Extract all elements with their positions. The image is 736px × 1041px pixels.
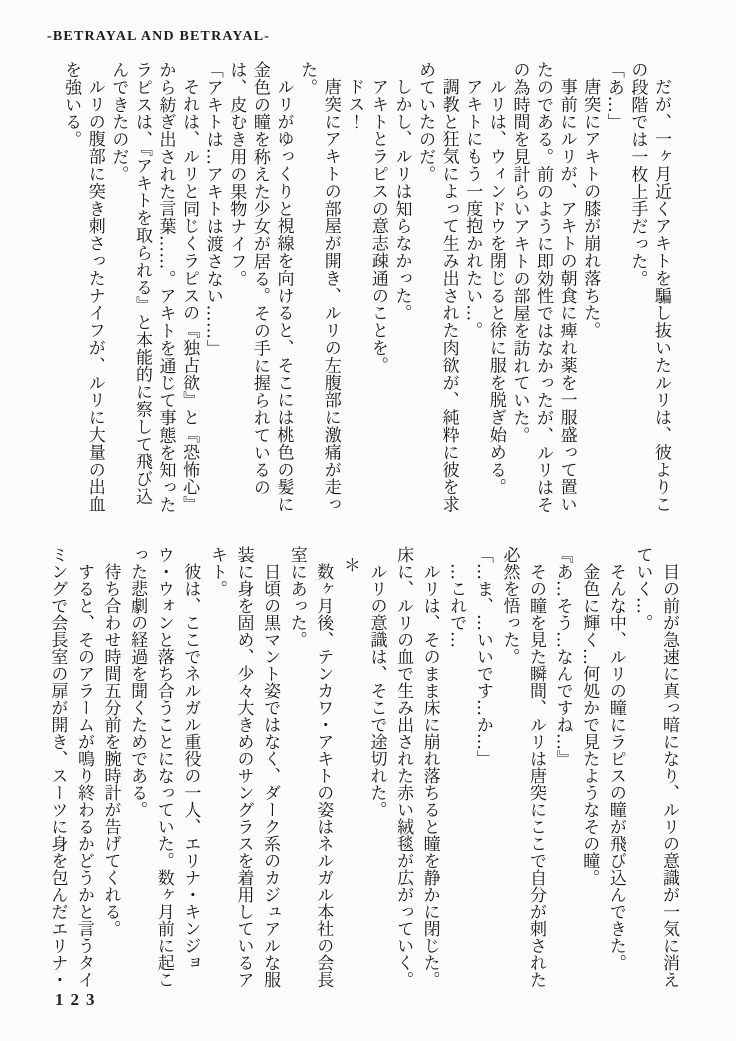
running-head-title: -BETRAYAL AND BETRAYAL- — [47, 29, 270, 45]
paragraph: 待ち合わせ時間五分前を腕時計が告げてくれる。 — [97, 546, 124, 989]
paragraph: 金色に輝く…何処かで見たようなその瞳。 — [576, 546, 603, 989]
paragraph: 調教と狂気によって生み出された肉欲が、純粋に彼を求めていたのだ。 — [412, 61, 459, 515]
paragraph: 唐突にアキトの部屋が開き、ルリの左腹部に激痛が走った。 — [295, 61, 342, 515]
paragraph: すると、そのアラームが鳴り終わるかどうかと言うタイミングで会長室の扉が開き、スー… — [44, 546, 97, 989]
paragraph: ルリの腹部に突き刺さったナイフが、ルリに大量の出血を強いる。 — [59, 61, 106, 515]
paragraph: 数ヶ月後、テンカワ・アキトの姿はネルガル本社の会長室にあった。 — [283, 546, 336, 989]
paragraph: ルリは、そのまま床に崩れ落ちると瞳を静かに閉じた。 — [416, 546, 443, 989]
paragraph: ルリは、ウィンドウを閉じると徐に服を脱ぎ始める。 — [483, 61, 507, 515]
paragraph: だが、一ヶ月近くアキトを騙し抜いたルリは、彼よりこの段階では一枚上手だった。 — [625, 61, 672, 515]
page-number: 123 — [55, 990, 102, 1010]
paragraph: 目の前が急速に真っ暗になり、ルリの意識が一気に消えていく…。 — [629, 546, 682, 989]
paragraph: ルリがゆっくりと視線を向けると、そこには桃色の髪に金色の瞳を称えた少女が居る。そ… — [224, 61, 295, 515]
paragraph: 事前にルリが、アキトの朝食に痺れ薬を一服盛って置いたのである。前のように即効性で… — [507, 61, 578, 515]
paragraph: しかし、ルリは知らなかった。 — [389, 61, 413, 515]
paragraph: アキトにもう一度抱かれたい…。 — [460, 61, 484, 515]
paragraph: 唐突にアキトの膝が崩れ落ちた。 — [578, 61, 602, 515]
section-separator: ＊ — [336, 546, 363, 989]
paragraph: アキトとラピスの意志疎通のことを。 — [365, 61, 389, 515]
paragraph: 「あ…」 — [601, 61, 625, 515]
book-page: -BETRAYAL AND BETRAYAL- だが、一ヶ月近くアキトを騙し抜い… — [0, 0, 736, 1041]
paragraph: そんな中、ルリの瞳にラピスの瞳が飛び込んできた。 — [602, 546, 629, 989]
paragraph: ドス！ — [342, 61, 366, 515]
top-text-block: だが、一ヶ月近くアキトを騙し抜いたルリは、彼よりこの段階では一枚上手だった。「あ… — [54, 61, 672, 515]
paragraph: 「…ま、…いいです…か…」 — [469, 546, 496, 989]
paragraph: その瞳を見た瞬間、ルリは唐突にここで自分が刺された必然を悟った。 — [496, 546, 549, 989]
bottom-text-block: 目の前が急速に真っ暗になり、ルリの意識が一気に消えていく…。そんな中、ルリの瞳に… — [38, 546, 682, 989]
paragraph: それは、ルリと同じくラピスの『独占欲』と『恐怖心』から紡ぎ出された言葉……。アキ… — [106, 61, 200, 515]
paragraph: …これで… — [443, 546, 470, 989]
paragraph: 「アキトは…アキトは渡さない……」 — [200, 61, 224, 515]
paragraph: 日頃の黒マント姿ではなく、ダーク系のカジュアルな服装に身を固め、少々大きめのサン… — [203, 546, 283, 989]
paragraph: 床に、ルリの血で生み出された赤い絨毯が広がっていく。 — [389, 546, 416, 989]
paragraph: ルリの意識は、そこで途切れた。 — [363, 546, 390, 989]
paragraph: 『あ…そう…なんですね…』 — [549, 546, 576, 989]
paragraph: 彼は、ここでネルガル重役の一人、エリナ・キンジョウ・ウォンと落ち合うことになって… — [124, 546, 204, 989]
